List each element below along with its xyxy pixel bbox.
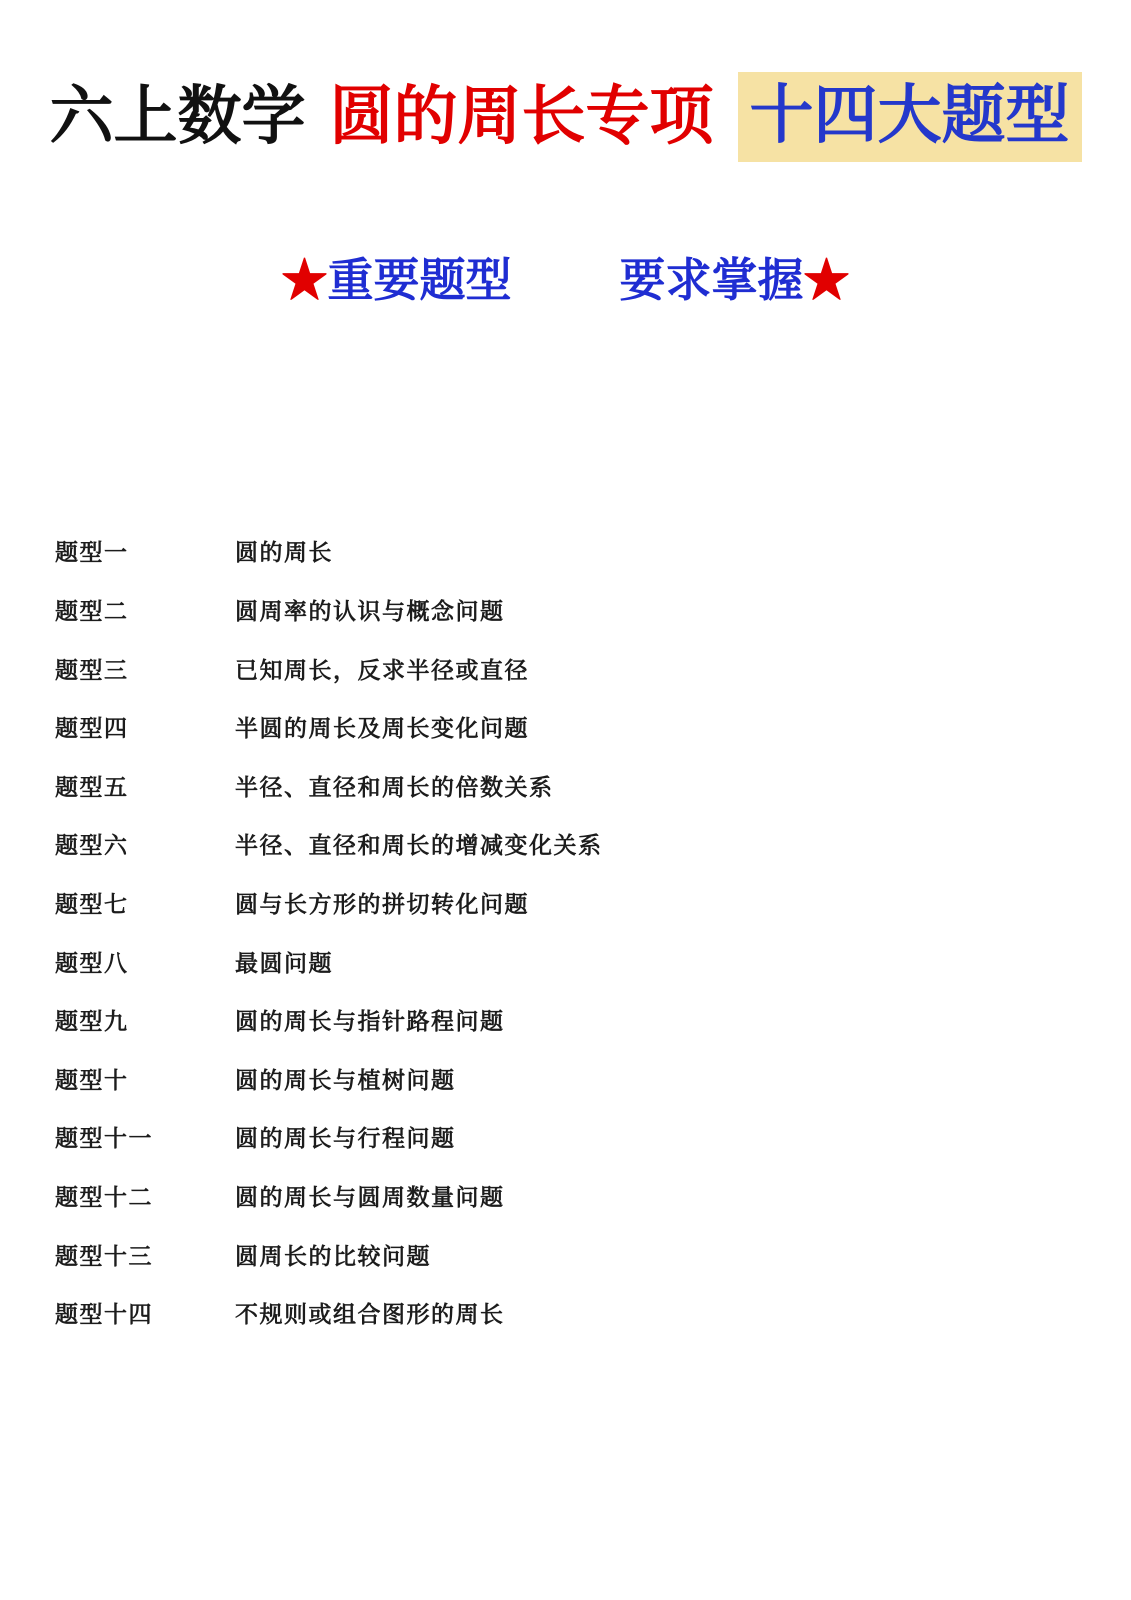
list-item: 题型五 半径、直径和周长的倍数关系 — [55, 756, 1131, 815]
topic-number: 题型十 — [55, 1062, 235, 1095]
topic-number: 题型十四 — [55, 1296, 235, 1329]
topic-number: 题型四 — [55, 710, 235, 743]
list-item: 题型三 已知周长，反求半径或直径 — [55, 639, 1131, 698]
page-title: 六上数学 圆的周长专项 十四大题型 — [0, 72, 1131, 162]
list-item: 题型十 圆的周长与植树问题 — [55, 1049, 1131, 1108]
star-icon: ★ — [282, 253, 328, 307]
list-item: 题型九 圆的周长与指针路程问题 — [55, 990, 1131, 1049]
topic-number: 题型十一 — [55, 1120, 235, 1153]
topic-number: 题型一 — [55, 534, 235, 567]
topic-description: 圆的周长与指针路程问题 — [235, 1003, 1131, 1036]
topic-description: 不规则或组合图形的周长 — [235, 1296, 1131, 1329]
topic-number: 题型十三 — [55, 1238, 235, 1271]
topic-description: 圆周长的比较问题 — [235, 1238, 1131, 1271]
list-item: 题型一 圆的周长 — [55, 522, 1131, 581]
topic-number: 题型三 — [55, 652, 235, 685]
title-highlight: 十四大题型 — [738, 72, 1082, 162]
topic-description: 圆周率的认识与概念问题 — [235, 593, 1131, 626]
star-icon: ★ — [804, 253, 850, 307]
topic-description: 最圆问题 — [235, 945, 1131, 978]
topic-description: 圆与长方形的拼切转化问题 — [235, 886, 1131, 919]
topic-description: 半圆的周长及周长变化问题 — [235, 710, 1131, 743]
topic-number: 题型二 — [55, 593, 235, 626]
topic-number: 题型十二 — [55, 1179, 235, 1212]
subtitle-right: 要求掌握 — [620, 253, 804, 307]
topic-list: 题型一 圆的周长 题型二 圆周率的认识与概念问题 题型三 已知周长，反求半径或直… — [0, 522, 1131, 1342]
topic-number: 题型八 — [55, 945, 235, 978]
list-item: 题型六 半径、直径和周长的增减变化关系 — [55, 815, 1131, 874]
topic-number: 题型九 — [55, 1003, 235, 1036]
topic-description: 半径、直径和周长的倍数关系 — [235, 769, 1131, 802]
title-topic: 圆的周长专项 — [330, 81, 714, 153]
list-item: 题型七 圆与长方形的拼切转化问题 — [55, 873, 1131, 932]
topic-description: 已知周长，反求半径或直径 — [235, 652, 1131, 685]
topic-number: 题型五 — [55, 769, 235, 802]
topic-description: 圆的周长 — [235, 534, 1131, 567]
topic-number: 题型七 — [55, 886, 235, 919]
subtitle: ★重要题型要求掌握★ — [0, 244, 1131, 310]
topic-description: 圆的周长与行程问题 — [235, 1120, 1131, 1153]
list-item: 题型十二 圆的周长与圆周数量问题 — [55, 1166, 1131, 1225]
topic-number: 题型六 — [55, 827, 235, 860]
list-item: 题型十四 不规则或组合图形的周长 — [55, 1283, 1131, 1342]
list-item: 题型四 半圆的周长及周长变化问题 — [55, 697, 1131, 756]
list-item: 题型十三 圆周长的比较问题 — [55, 1225, 1131, 1284]
list-item: 题型二 圆周率的认识与概念问题 — [55, 580, 1131, 639]
list-item: 题型八 最圆问题 — [55, 932, 1131, 991]
title-course: 六上数学 — [50, 81, 306, 153]
topic-description: 圆的周长与圆周数量问题 — [235, 1179, 1131, 1212]
subtitle-left: 重要题型 — [328, 253, 512, 307]
topic-description: 半径、直径和周长的增减变化关系 — [235, 827, 1131, 860]
topic-description: 圆的周长与植树问题 — [235, 1062, 1131, 1095]
list-item: 题型十一 圆的周长与行程问题 — [55, 1108, 1131, 1167]
